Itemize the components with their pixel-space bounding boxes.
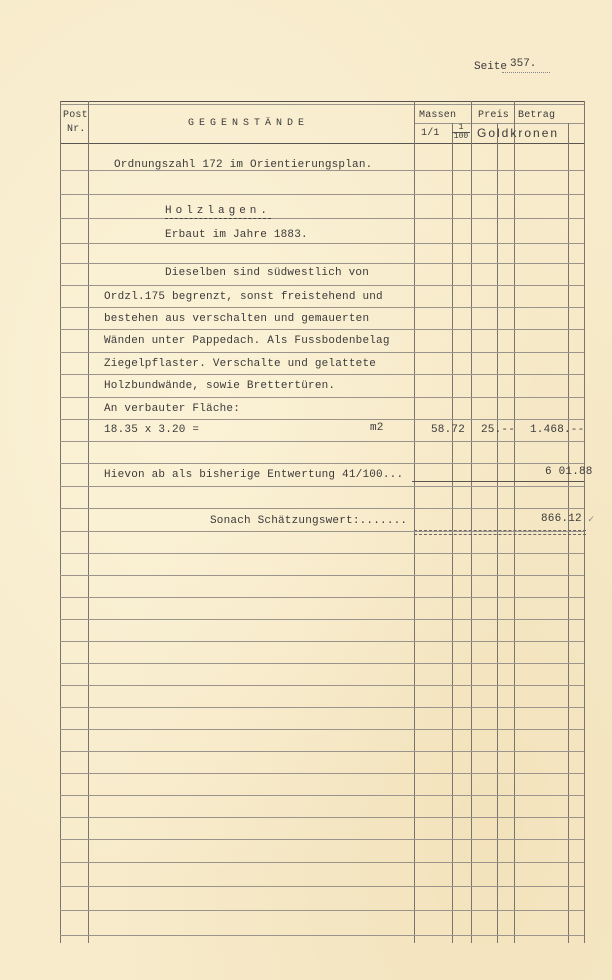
header-preis: Preis [478,110,509,121]
table-top-border [60,101,584,102]
page-number-value: 357. [510,58,536,70]
header-massen-fraction: 1 100 [452,124,470,141]
header-nr: Nr. [67,124,86,135]
header-post: Post [63,110,88,121]
total-double-underline [414,530,586,535]
ordnungszahl-text: Ordnungszahl 172 im Orientierungsplan. [114,159,372,171]
area-betrag-value: 1.468.-- [530,424,584,436]
description-line-3: bestehen aus verschalten und gemauerten [104,313,369,325]
description-line-5: Ziegelpflaster. Verschalte und gelattete [104,358,376,370]
fraction-denominator: 100 [452,132,470,141]
total-betrag-value: 866.12 [541,513,582,525]
area-preis-value: 25.-- [481,424,515,436]
building-title: Holzlagen. [165,205,271,219]
page-number: Seite 357. [474,61,507,73]
description-line-1: Dieselben sind südwestlich von [165,267,369,279]
header-gegenstaende: GEGENSTÄNDE [188,118,309,129]
total-label: Sonach Schätzungswert:....... [210,515,407,527]
header-bottom-border [60,143,584,144]
header-massen: Massen [419,110,456,121]
deduction-betrag-value: 6 01.88 [545,466,593,478]
header-currency: Goldkronen [477,126,559,140]
column-line-right [584,101,585,943]
page-number-rule [502,72,550,73]
description-line-4: Wänden unter Pappedach. Als Fussbodenbel… [104,335,390,347]
deduction-label: Hievon ab als bisherige Entwertung 41/10… [104,469,403,481]
table-top-border-inner [60,104,584,105]
deduction-underline [412,481,584,482]
header-massen-whole: 1/1 [421,128,440,139]
area-massen-value: 58.72 [431,424,465,436]
built-year-text: Erbaut im Jahre 1883. [165,229,308,241]
area-label: An verbauter Fläche: [104,403,240,415]
area-calculation: 18.35 x 3.20 = [104,424,199,436]
checkmark-icon: ✓ [588,514,594,526]
header-sub-divider [414,123,584,124]
fraction-numerator: 1 [452,124,470,132]
description-line-6: Holzbundwände, sowie Brettertüren. [104,380,335,392]
area-unit: m2 [370,422,384,434]
header-betrag: Betrag [518,110,555,121]
description-line-2: Ordzl.175 begrenzt, sonst freistehend un… [104,291,383,303]
